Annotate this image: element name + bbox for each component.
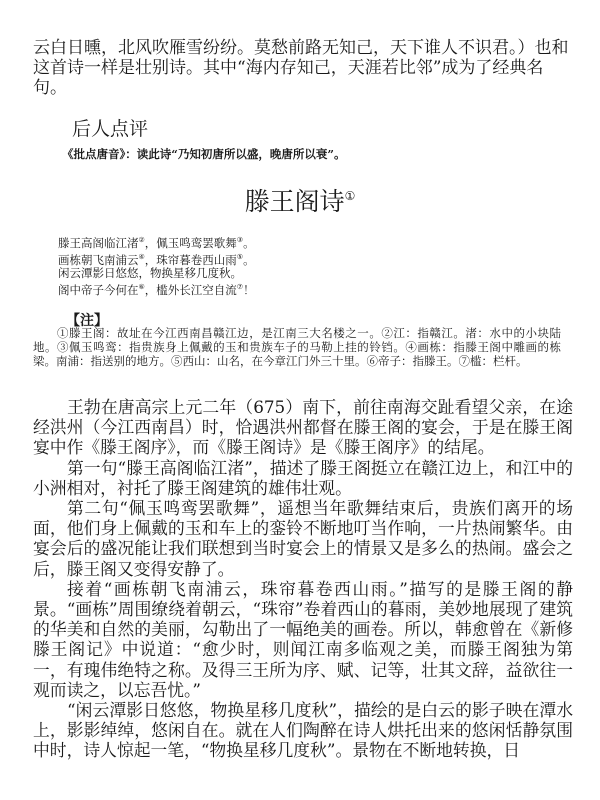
poem-line: 闲云潭影日悠悠，物换星移几度秋。: [58, 267, 255, 281]
poem-title-note-marker: ①: [345, 189, 356, 203]
poem-line-text: 滕王高阁临江渚: [58, 236, 139, 250]
poem-line-text: 画栋朝飞南浦云: [58, 252, 139, 266]
poem-line-text: 闲云潭影日悠悠，物换星移几度秋。: [58, 266, 242, 280]
analysis-paragraph: 第一句“滕王高阁临江渚”，描述了滕王阁挺立在赣江边上，和江中的小洲相对，衬托了滕…: [33, 458, 573, 498]
analysis-paragraph: 王勃在唐高宗上元二年（675）南下，前往南海交趾看望父亲，在途经洪州（今江西南昌…: [33, 397, 573, 458]
analysis-paragraph: 接着“画栋朝飞南浦云，珠帘暮卷西山雨。”描写的是滕王阁的静景。“画栋”周围缭绕着…: [33, 579, 573, 700]
poem-title: 滕王阁诗①: [0, 182, 600, 218]
commentary-heading: 后人点评: [72, 114, 148, 141]
intro-paragraph: 云白日曛，北风吹雁雪纷纷。莫愁前路无知己，天下谁人不识君。）也和这首诗一样是壮别…: [33, 38, 573, 98]
notes-text: ①滕王阁：故址在今江西南昌赣江边，是江南三大名楼之一。②江：指赣江。渚：水中的小…: [33, 326, 561, 369]
poem-line-text: ，槛外长江空自流: [145, 283, 237, 297]
poem-title-text: 滕王阁诗: [245, 187, 345, 216]
poem-line: 滕王高阁临江渚②，佩玉鸣鸾罢歌舞③。: [58, 234, 255, 251]
analysis-paragraph: “闲云潭影日悠悠，物换星移几度秋”，描绘的是白云的影子映在潭水上，影影绰绰，悠闲…: [33, 700, 573, 761]
punctuation: ！: [243, 283, 255, 297]
poem-line-text: ，珠帘暮卷西山雨: [145, 252, 237, 266]
commentary-text: 《批点唐音》：读此诗“乃知初唐所以盛，晚唐所以衰”。: [62, 146, 345, 162]
punctuation: 。: [243, 236, 255, 250]
poem-line-text: 阁中帝子今何在: [58, 283, 139, 297]
analysis-paragraph: 第二句“佩玉鸣鸾罢歌舞”，遥想当年歌舞结束后，贵族们离开的场面，他们身上佩戴的玉…: [33, 498, 573, 579]
poem-line-text: ，佩玉鸣鸾罢歌舞: [145, 236, 237, 250]
analysis-body: 王勃在唐高宗上元二年（675）南下，前往南海交趾看望父亲，在途经洪州（今江西南昌…: [33, 397, 573, 761]
poem-line: 画栋朝飞南浦云④，珠帘暮卷西山雨⑤。: [58, 251, 255, 268]
poem-line: 阁中帝子今何在⑥，槛外长江空自流⑦！: [58, 281, 255, 298]
punctuation: 。: [243, 252, 255, 266]
poem-body: 滕王高阁临江渚②，佩玉鸣鸾罢歌舞③。 画栋朝飞南浦云④，珠帘暮卷西山雨⑤。 闲云…: [58, 234, 255, 298]
